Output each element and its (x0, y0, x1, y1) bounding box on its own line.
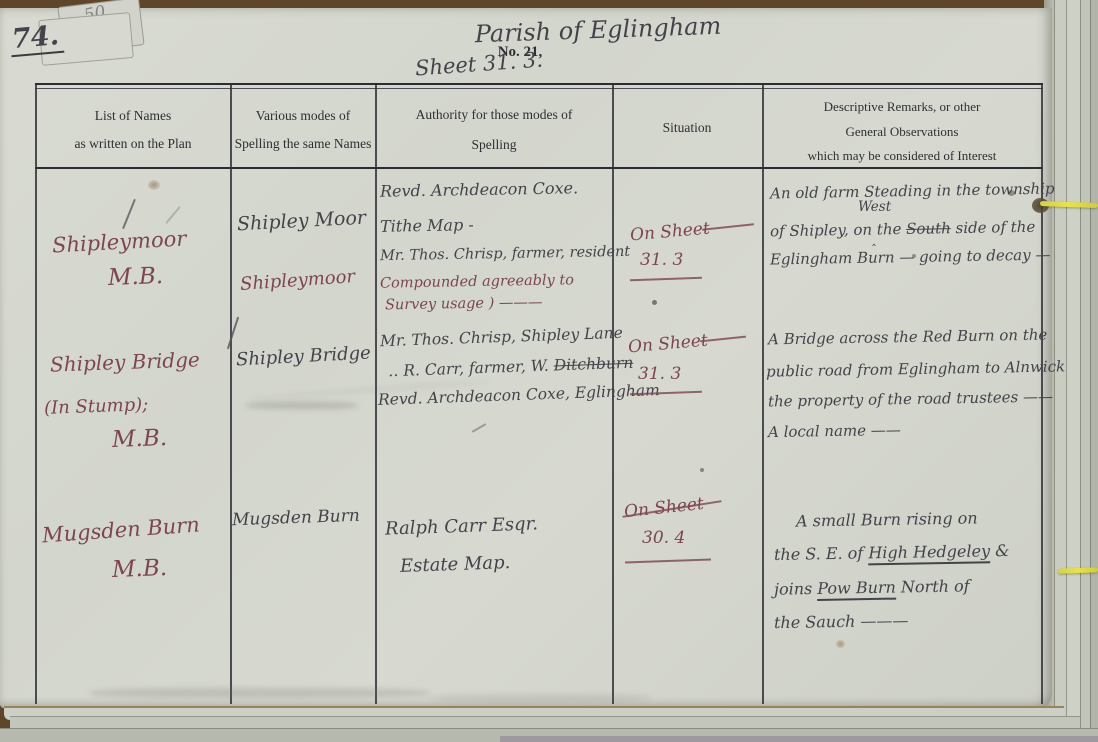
column-divider (375, 84, 377, 704)
folio-number: 74. (9, 20, 65, 57)
under-sheet-edge (1066, 0, 1081, 742)
column-header-names: List of Names as written on the Plan (40, 102, 226, 159)
situation-sheet-number: 31. 3 (640, 250, 683, 270)
header-line: as written on the Plan (40, 130, 226, 158)
ink-speck (652, 300, 657, 305)
struck-word: South (906, 219, 951, 238)
header-line: Descriptive Remarks, or other (766, 95, 1038, 120)
remark-line: joins Pow Burn North of (774, 576, 970, 598)
situation-sheet-number: 30. 4 (642, 528, 685, 548)
column-header-authority: Authority for those modes of Spelling (380, 100, 608, 159)
table-top-rule (35, 83, 1043, 85)
remark-line: the Sauch ——— (774, 611, 909, 632)
smudge-mark (430, 694, 650, 702)
header-line: General Observations (766, 120, 1038, 145)
authority-line: Estate Map. (400, 552, 511, 577)
authority-note: Survey usage ) ——— (385, 295, 543, 314)
insertion-caret: ‸ (872, 232, 876, 246)
table-border-left (35, 84, 37, 704)
column-header-remarks: Descriptive Remarks, or other General Ob… (766, 95, 1038, 169)
scanned-parish-namebook-page: 50 74. Parish of Eglingham No. 21, Sheet… (0, 0, 1098, 742)
underlined-place-name: High Hedgeley (868, 541, 990, 565)
inserted-word: West (858, 199, 891, 215)
name-qualifier: (In Stump); (44, 394, 149, 419)
authority-line: Tithe Map - (380, 215, 474, 236)
ink-speck (700, 468, 704, 472)
name-initials: M.B. (108, 263, 164, 291)
header-line: List of Names (40, 102, 226, 130)
ink-speck (912, 254, 916, 258)
smudge-mark (90, 688, 430, 698)
header-line: Spelling (380, 130, 608, 160)
table-top-rule-2 (35, 88, 1043, 89)
remark-line: A local name —— (768, 421, 901, 441)
remark-text: the S. E. of (774, 543, 869, 564)
authority-note: Compounded agreeably to (380, 272, 574, 291)
remark-text: of Shipley, on the (770, 220, 906, 240)
name-initials: M.B. (112, 555, 168, 583)
header-line: Various modes of (234, 102, 372, 130)
column-header-spelling: Various modes of Spelling the same Names (234, 102, 372, 159)
stain-spot (836, 640, 845, 648)
authority-line: Revd. Archdeacon Coxe. (380, 178, 578, 200)
header-line: which may be considered of Interest (766, 144, 1038, 169)
column-divider (762, 84, 764, 704)
header-line: Authority for those modes of (380, 100, 608, 130)
remark-text: & (990, 541, 1010, 560)
name-initials: M.B. (112, 425, 168, 453)
ink-stain (148, 180, 160, 190)
column-header-situation: Situation (617, 120, 757, 136)
under-sheet-edge (1090, 0, 1098, 742)
underlined-place-name: Pow Burn (817, 578, 896, 601)
under-sheet-bottom (500, 736, 1098, 742)
ink-speck (1008, 190, 1015, 196)
struck-word: Ditchburn (553, 354, 633, 375)
situation-sheet-number: 31. 3 (638, 364, 681, 384)
remark-line: the S. E. of High Hedgeley & (774, 541, 1010, 564)
faint-erased-text (246, 402, 358, 409)
remark-text: North of (896, 576, 970, 596)
header-line: Spelling the same Names (234, 130, 372, 158)
column-divider (230, 84, 232, 704)
remark-text: joins (774, 579, 818, 599)
remark-text: side of the (951, 218, 1036, 237)
remark-line: A small Burn rising on (796, 508, 978, 530)
